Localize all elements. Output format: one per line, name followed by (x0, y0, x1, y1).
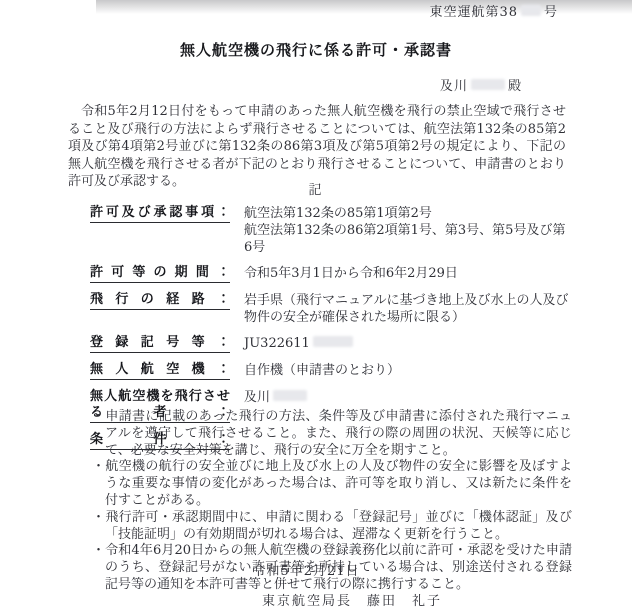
field-value-line: 自作機（申請書のとおり） (244, 362, 572, 379)
condition-item: ・飛行許可・承認期間中に、申請に関わる「登録記号」並びに「機体認証」及び「技能証… (92, 510, 572, 544)
page-title: 無人航空機の飛行に係る許可・承認書 (0, 42, 632, 59)
redacted-operator-given-name (273, 390, 307, 401)
field-value: 及川 (230, 389, 572, 406)
redacted-addressee-given-name (471, 79, 505, 90)
condition-item: ・申請書に記載のあった飛行の方法、条件等及び申請書に添付された飛行マニュアルを遵… (92, 409, 572, 459)
field-row-permitted-matters: 許可及び承認事項： 航空法第132条の85第1項第2号 航空法第132条の86第… (90, 205, 572, 256)
field-value-line: 航空法第132条の85第1項第2号 (244, 205, 572, 222)
addressee-honorific: 殿 (508, 79, 522, 94)
operator-name: 及川 (244, 390, 270, 405)
field-label: 許可等の期間： (90, 265, 230, 283)
registration-mark: JU322611 (244, 336, 310, 351)
field-value: 岩手県（飛行マニュアルに基づき地上及び水上の人及び物件の安全が確保された場所に限… (230, 292, 572, 326)
issuer-signature: 東京航空局長 藤田 礼子 (262, 593, 442, 610)
field-label: 許可及び承認事項： (90, 205, 230, 223)
record-marker: 記 (0, 182, 632, 199)
issue-date: 令和5年2月21日 (0, 563, 612, 580)
redacted-document-number (521, 5, 541, 16)
field-row-registration-mark: 登録記号等： JU322611 (90, 335, 572, 353)
condition-item: ・航空機の航行の安全並びに地上及び水上の人及び物件の安全に影響を及ぼすような重要… (92, 459, 572, 509)
document-number-prefix: 東空運航第38 (429, 5, 518, 20)
field-value: 自作機（申請書のとおり） (230, 362, 572, 379)
field-row-aircraft: 無人航空機： 自作機（申請書のとおり） (90, 362, 572, 380)
field-row-flight-route: 飛行の経路： 岩手県（飛行マニュアルに基づき地上及び水上の人及び物件の安全が確保… (90, 292, 572, 326)
field-label: 登録記号等： (90, 335, 230, 353)
field-label: 無人航空機： (90, 362, 230, 380)
intro-paragraph: 令和5年2月12日付をもって申請のあった無人航空機を飛行の禁止空域で飛行させるこ… (68, 103, 566, 191)
field-value-line: 令和5年3月1日から令和6年2月29日 (244, 265, 572, 282)
document-number: 東空運航第38号 (429, 4, 558, 21)
field-value-line: 岩手県（飛行マニュアルに基づき地上及び水上の人及び物件の安全が確保された場所に限… (244, 292, 572, 326)
field-value: 令和5年3月1日から令和6年2月29日 (230, 265, 572, 282)
field-row-permit-period: 許可等の期間： 令和5年3月1日から令和6年2月29日 (90, 265, 572, 283)
field-value-line: 航空法第132条の86第2項第1号、第3号、第5号及び第6号 (244, 222, 572, 256)
field-value: 航空法第132条の85第1項第2号 航空法第132条の86第2項第1号、第3号、… (230, 205, 572, 256)
redacted-registration-digits (313, 336, 353, 347)
permit-document-page: { "doc": { "number_prefix": "東空運航第38", "… (0, 0, 632, 611)
document-number-suffix: 号 (544, 5, 558, 20)
field-value: JU322611 (230, 335, 572, 352)
addressee-line: 及川殿 (440, 78, 522, 95)
addressee-name: 及川 (440, 79, 468, 94)
field-label: 飛行の経路： (90, 292, 230, 310)
